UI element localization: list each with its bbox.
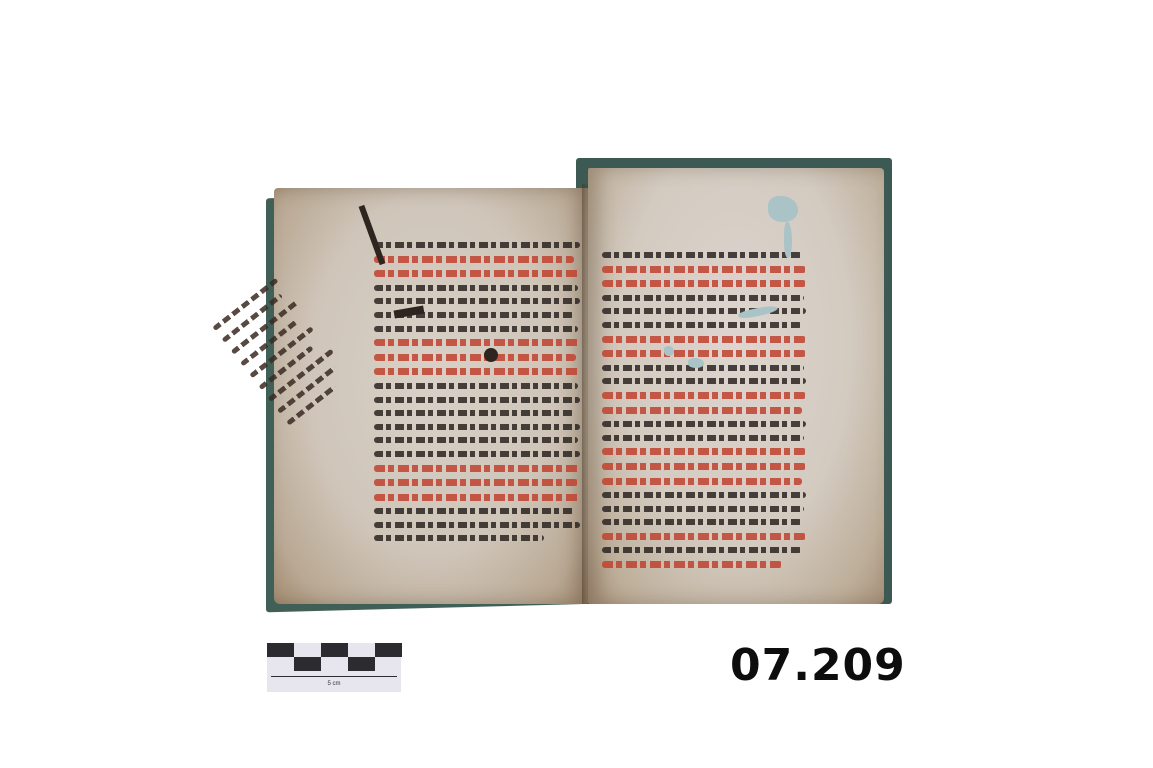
left-page <box>274 188 588 604</box>
scale-bar: 5 cm <box>267 643 401 692</box>
open-manuscript <box>266 158 892 610</box>
scale-arrow <box>271 676 397 677</box>
left-text-block <box>374 242 580 541</box>
manuscript-photo <box>0 0 1153 768</box>
worm-hole <box>768 196 798 222</box>
catalog-number: 07.209 <box>730 640 906 691</box>
right-page <box>588 168 884 604</box>
scale-label: 5 cm <box>267 681 401 687</box>
right-text-block <box>602 252 806 568</box>
